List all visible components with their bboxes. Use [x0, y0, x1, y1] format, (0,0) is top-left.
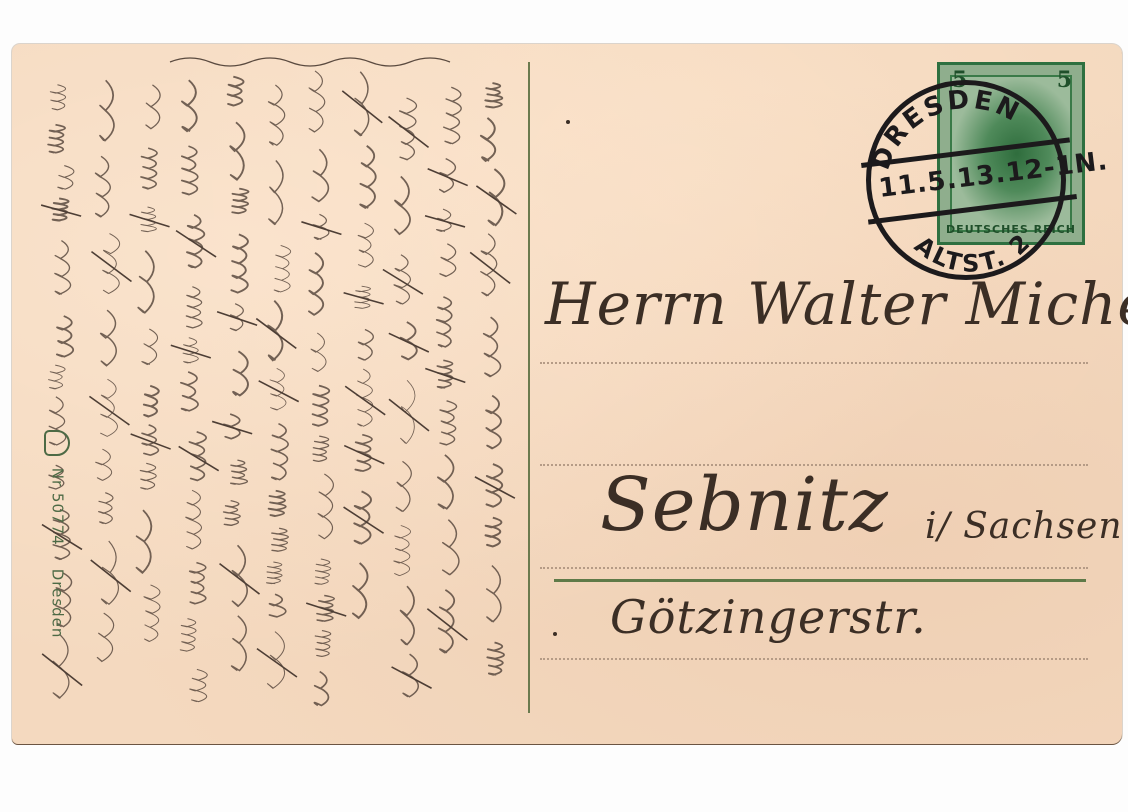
paper-spot — [553, 632, 557, 636]
publisher-imprint: Nr 50774 Dresden — [44, 430, 70, 638]
postmark-city: DRESDEN — [866, 85, 1026, 174]
address-line-1 — [540, 362, 1088, 364]
divider-line — [528, 62, 530, 713]
address-underline — [554, 579, 1086, 582]
paper-spot — [566, 120, 570, 124]
address-line-4 — [540, 658, 1088, 660]
handwritten-message — [20, 50, 525, 740]
recipient-city: Sebnitz — [600, 462, 889, 548]
svg-text:DRESDEN: DRESDEN — [866, 85, 1026, 174]
postcard-scan: Nr 50774 Dresden Herrn Walter Michel Seb… — [0, 0, 1128, 812]
imprint-place: Dresden — [49, 569, 67, 639]
svg-text:ALTST. 2: ALTST. 2 — [909, 227, 1037, 278]
recipient-street: Götzingerstr. — [610, 590, 927, 644]
postmark-text: DRESDEN ALTST. 2 — [856, 70, 1076, 290]
postmark-district: ALTST. 2 — [909, 227, 1037, 278]
recipient-region: i/ Sachsen — [925, 506, 1123, 547]
publisher-logo-icon — [44, 430, 70, 456]
imprint-number: Nr 50774 — [49, 468, 67, 546]
address-line-3 — [540, 567, 1088, 569]
handwriting-strokes — [20, 50, 525, 740]
